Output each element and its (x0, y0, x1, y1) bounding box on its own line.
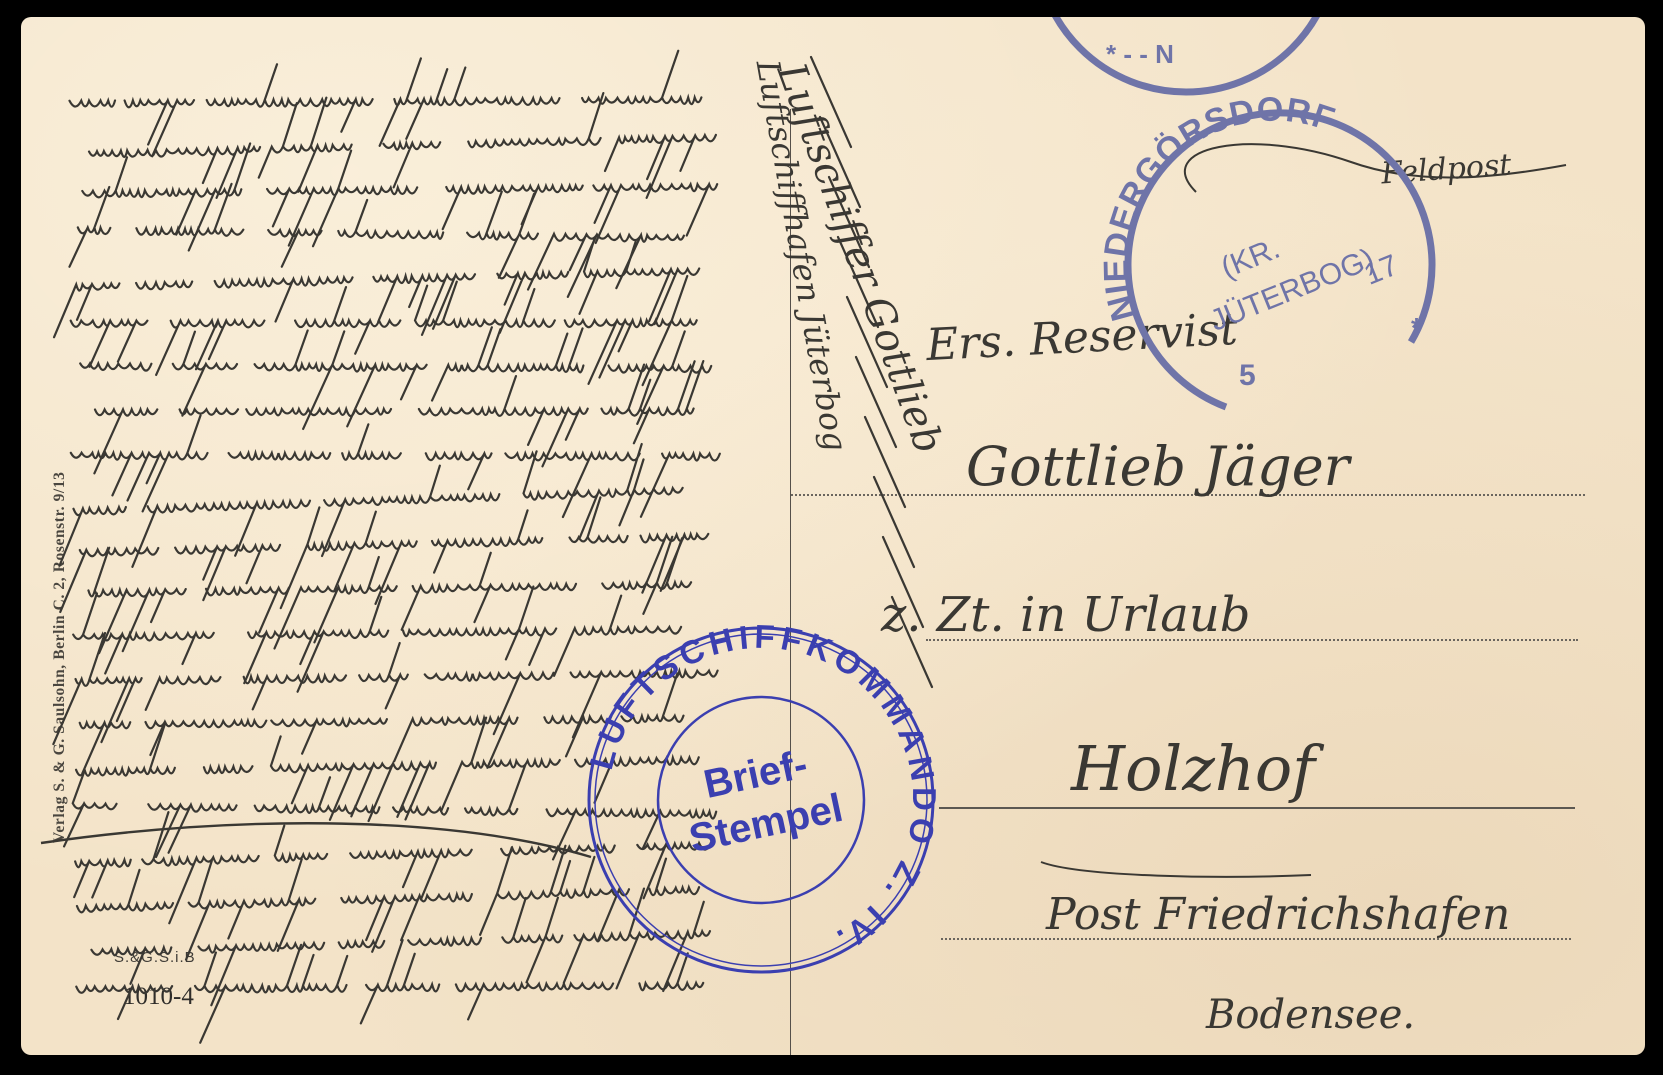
underline-flourish (1041, 862, 1311, 877)
svg-text:5: 5 (1239, 359, 1256, 392)
svg-text:* - - N: * - - N (1106, 39, 1174, 69)
ink-and-stamps-layer: * - - N NIEDERGÖRSDORF (KR. JÜTERBOG) 17… (21, 17, 1645, 1055)
svg-text:*: * (1411, 312, 1422, 343)
stamp-luftschiffkommando: LUFTSCHIFFKOMMANDO Z. IV. Brief- Stempel (582, 618, 943, 972)
postmark-partial: * - - N (1036, 17, 1336, 92)
svg-text:(KR.: (KR. (1217, 232, 1285, 285)
flourish-stroke (41, 823, 591, 857)
postcard: Verlag S. & G. Saulsohn, Berlin C. 2, Ro… (21, 17, 1645, 1055)
feldpost-flourish (1185, 144, 1566, 192)
postmark-niedergoersdorf: NIEDERGÖRSDORF (KR. JÜTERBOG) 17 5 * (1097, 91, 1432, 407)
